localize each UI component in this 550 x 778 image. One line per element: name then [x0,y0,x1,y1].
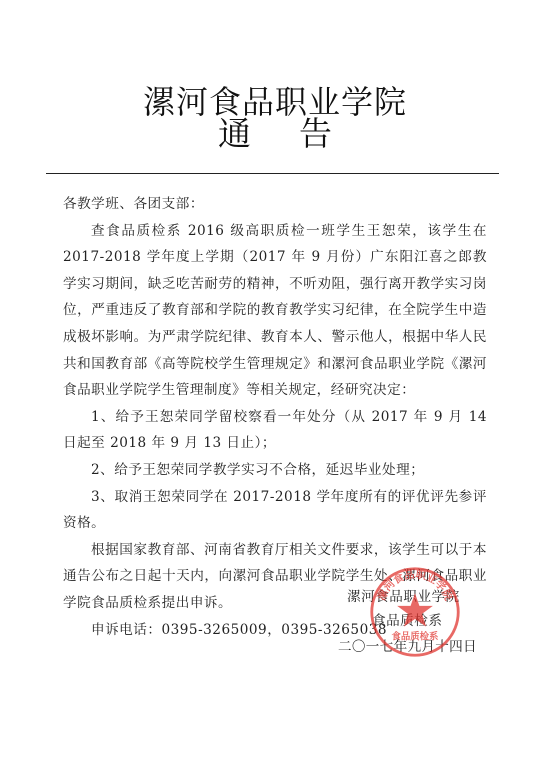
paragraph-main: 查食品质检系 2016 级高职质检一班学生王恕荣，该学生在 2017-2018 … [63,218,487,404]
salutation: 各教学班、各团支部： [63,191,487,218]
subtitle-char-2: 告 [299,113,332,155]
subtitle-char-1: 通 [218,113,251,155]
signature-department: 食品质检系 [372,609,442,629]
header-divider [46,173,499,174]
decision-item-1: 1、给予王恕荣同学留校察看一年处分（从 2017 年 9 月 14 日起至 20… [63,404,487,457]
document-subtitle: 通告 [0,113,550,155]
decision-item-2: 2、给予王恕荣同学教学实习不合格，延迟毕业处理； [63,457,487,484]
decision-item-3: 3、取消王恕荣同学在 2017-2018 学年度所有的评优评先参评资格。 [63,484,487,537]
signature-date: 二〇一七年九月十四日 [338,635,477,655]
signature-organization: 漯河食品职业学院 [347,585,460,605]
notice-body: 各教学班、各团支部： 查食品质检系 2016 级高职质检一班学生王恕荣，该学生在… [63,191,487,643]
